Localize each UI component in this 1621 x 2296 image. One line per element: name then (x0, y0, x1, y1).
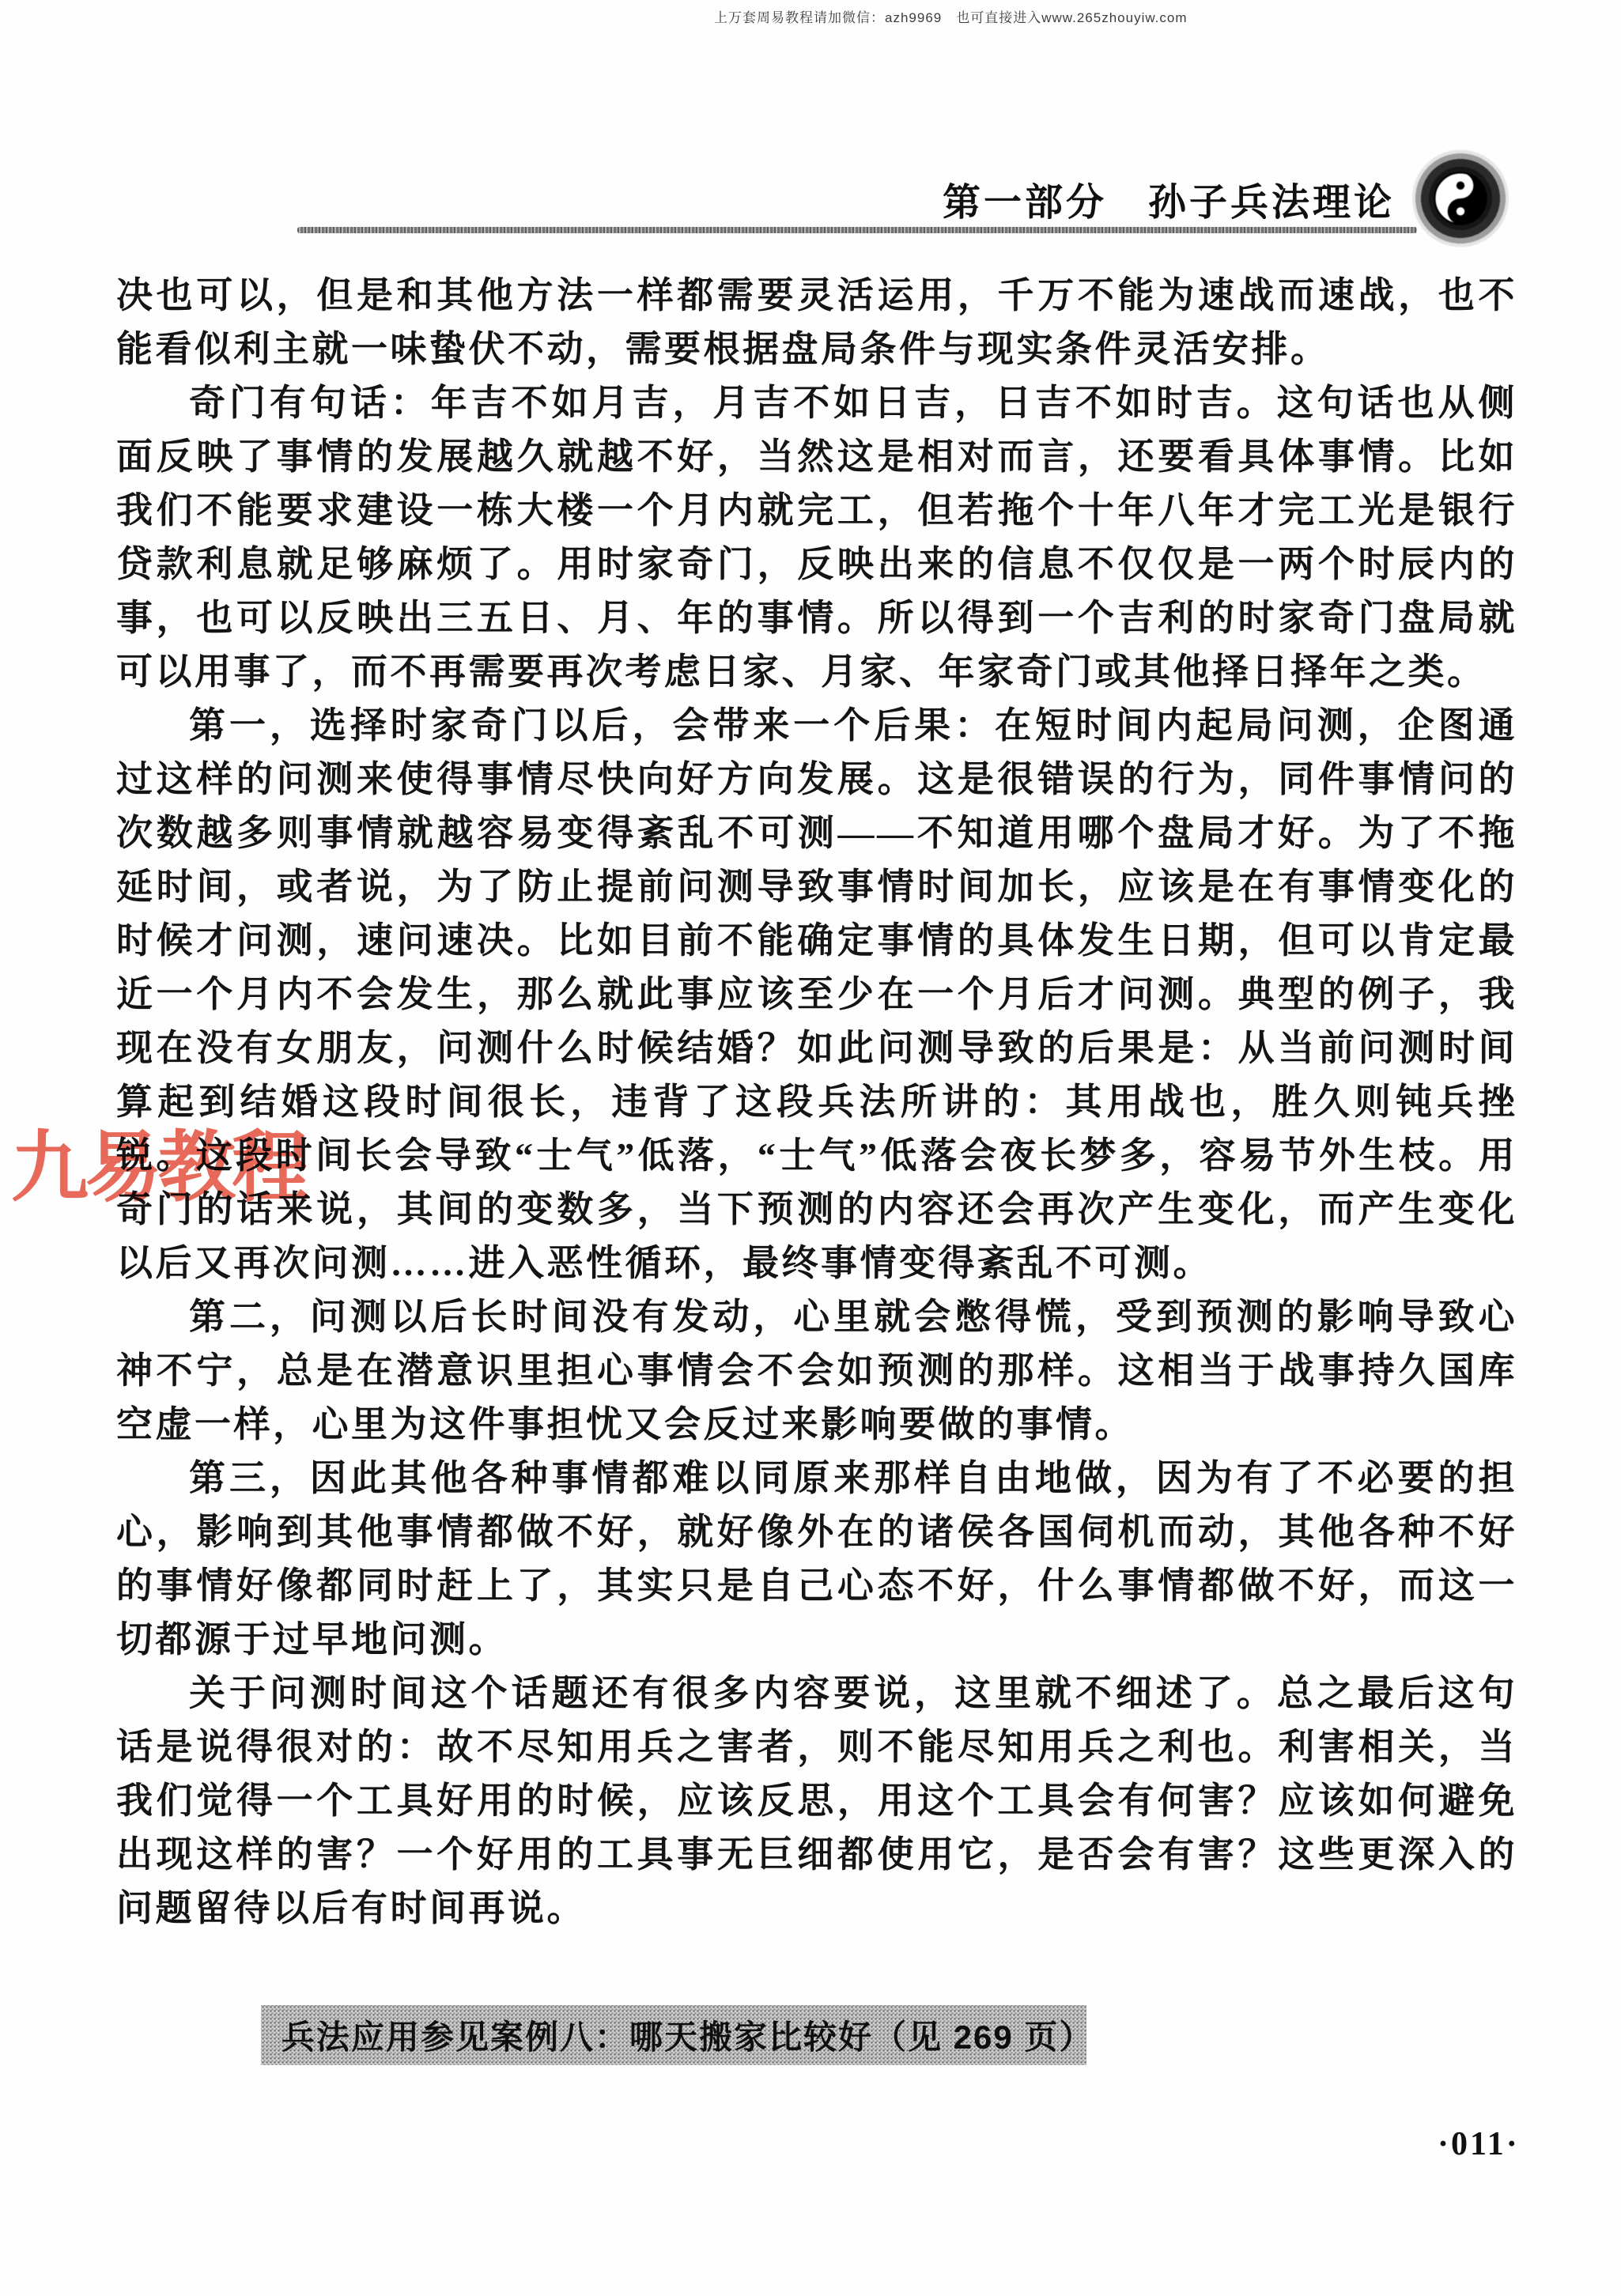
body-paragraph: 第三，因此其他各种事情都难以同原来那样自由地做，因为有了不必要的担心，影响到其他… (116, 1452, 1517, 1667)
body-paragraph: 关于问测时间这个话题还有很多内容要说，这里就不细述了。总之最后这句话是说得很对的… (116, 1667, 1517, 1935)
page-header: 第一部分 孙子兵法理论 (943, 149, 1509, 248)
yin-yang-icon (1412, 149, 1509, 248)
body-paragraph: 第二，问测以后长时间没有发动，心里就会憋得慌，受到预测的影响导致心神不宁，总是在… (116, 1290, 1517, 1452)
header-divider (297, 227, 1417, 233)
section-title: 第一部分 孙子兵法理论 (943, 172, 1395, 226)
side-watermark: 九易教程 (11, 1105, 305, 1217)
book-page: 上万套周易教程请加微信：azh9969 也可直接进入www.265zhouyiw… (0, 0, 1621, 2296)
body-paragraph: 决也可以，但是和其他方法一样都需要灵活运用，千万不能为速战而速战，也不能看似利主… (116, 269, 1517, 376)
page-number: ·011· (1438, 2125, 1520, 2163)
body-paragraph: 第一，选择时家奇门以后，会带来一个后果：在短时间内起局问测，企图通过这样的问测来… (116, 699, 1517, 1290)
top-watermark-text: 上万套周易教程请加微信：azh9969 也可直接进入www.265zhouyiw… (714, 6, 1188, 26)
body-text: 决也可以，但是和其他方法一样都需要灵活运用，千万不能为速战而速战，也不能看似利主… (116, 269, 1517, 1935)
case-reference-note: 兵法应用参见案例八：哪天搬家比较好（见 269 页） (261, 2005, 1086, 2065)
body-paragraph: 奇门有句话：年吉不如月吉，月吉不如日吉，日吉不如时吉。这句话也从侧面反映了事情的… (116, 376, 1517, 699)
